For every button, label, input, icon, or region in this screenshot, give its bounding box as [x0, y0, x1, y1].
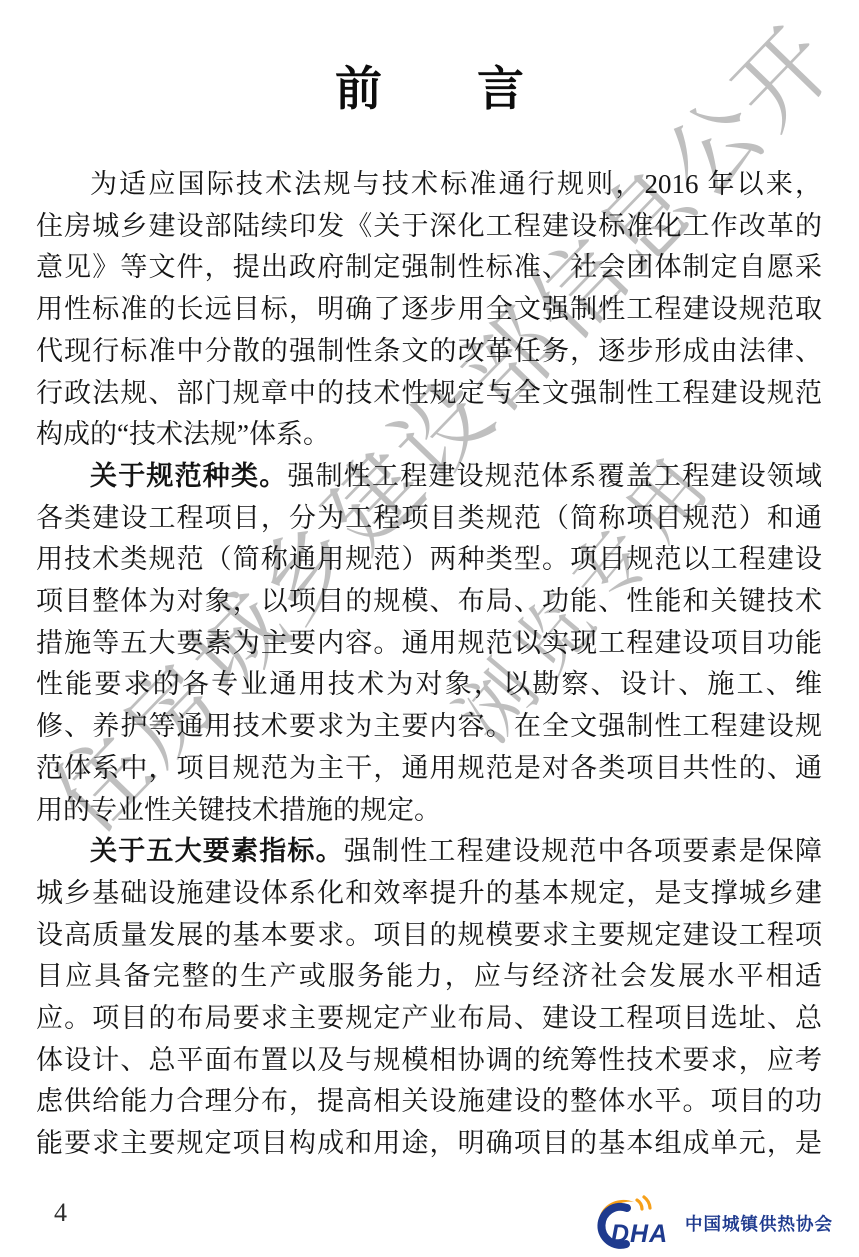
- text-segment: 范体系中，项目规范为主干，通用规范是对各类项目共性的、通: [36, 753, 822, 783]
- text-line: 项目整体为对象，以项目的规模、布局、功能、性能和关键技术: [36, 581, 822, 623]
- text-segment: 体设计、总平面布置以及与规模相协调的统筹性技术要求，应考: [36, 1045, 822, 1075]
- text-segment: 设高质量发展的基本要求。项目的规模要求主要规定建设工程项: [36, 920, 822, 950]
- text-line: 用技术类规范（简称通用规范）两种类型。项目规范以工程建设: [36, 539, 822, 581]
- text-line: 用性标准的长远目标，明确了逐步用全文强制性工程建设规范取: [36, 289, 822, 331]
- text-segment: 各类建设工程项目，分为工程项目类规范（简称项目规范）和通: [36, 503, 822, 533]
- text-segment: 构成的“技术法规”体系。: [36, 419, 330, 449]
- text-segment: 性能要求的各专业通用技术为对象，以勘察、设计、施工、维: [36, 669, 822, 699]
- text-line: 设高质量发展的基本要求。项目的规模要求主要规定建设工程项: [36, 915, 822, 957]
- text-line: 能要求主要规定项目构成和用途，明确项目的基本组成单元，是: [36, 1123, 822, 1165]
- text-line: 目应具备完整的生产或服务能力，应与经济社会发展水平相适: [36, 956, 822, 998]
- paragraph: 关于规范种类。强制性工程建设规范体系覆盖工程建设领域各类建设工程项目，分为工程项…: [36, 456, 822, 831]
- text-line: 范体系中，项目规范为主干，通用规范是对各类项目共性的、通: [36, 748, 822, 790]
- text-line: 为适应国际技术法规与技术标准通行规则，2016 年以来，: [36, 164, 822, 206]
- text-segment: 用技术类规范（简称通用规范）两种类型。项目规范以工程建设: [36, 544, 822, 574]
- text-line: 应。项目的布局要求主要规定产业布局、建设工程项目选址、总: [36, 998, 822, 1040]
- logo-org-name: 中国城镇供热协会: [685, 1211, 833, 1236]
- paragraph: 为适应国际技术法规与技术标准通行规则，2016 年以来，住房城乡建设部陆续印发《…: [36, 164, 822, 456]
- text-line: 措施等五大要素为主要内容。通用规范以实现工程建设项目功能: [36, 623, 822, 665]
- text-segment: 行政法规、部门规章中的技术性规定与全文强制性工程建设规范: [36, 378, 822, 408]
- text-segment: 城乡基础设施建设体系化和效率提升的基本规定，是支撑城乡建: [36, 878, 822, 908]
- bold-lead-in: 关于五大要素指标。: [90, 836, 344, 866]
- text-line: 行政法规、部门规章中的技术性规定与全文强制性工程建设规范: [36, 373, 822, 415]
- page-number: 4: [54, 1198, 67, 1228]
- dha-logo-icon: DHA: [587, 1195, 679, 1251]
- text-segment: 用的专业性关键技术措施的规定。: [36, 795, 441, 825]
- text-line: 虑供给能力合理分布，提高相关设施建设的整体水平。项目的功: [36, 1081, 822, 1123]
- paragraph: 关于五大要素指标。强制性工程建设规范中各项要素是保障城乡基础设施建设体系化和效率…: [36, 831, 822, 1165]
- text-line: 代现行标准中分散的强制性条文的改革任务，逐步形成由法律、: [36, 331, 822, 373]
- footer-logo: DHA 中国城镇供热协会: [587, 1194, 833, 1252]
- text-segment: 为适应国际技术法规与技术标准通行规则，2016 年以来，: [90, 169, 822, 199]
- text-segment: 强制性工程建设规范中各项要素是保障: [344, 836, 822, 866]
- text-line: 城乡基础设施建设体系化和效率提升的基本规定，是支撑城乡建: [36, 873, 822, 915]
- logo-wave-arc-1: [637, 1200, 642, 1209]
- logo-acronym: DHA: [611, 1220, 668, 1248]
- text-line: 意见》等文件，提出政府制定强制性标准、社会团体制定自愿采: [36, 247, 822, 289]
- bold-lead-in: 关于规范种类。: [90, 461, 287, 491]
- text-segment: 措施等五大要素为主要内容。通用规范以实现工程建设项目功能: [36, 628, 822, 658]
- text-line: 用的专业性关键技术措施的规定。: [36, 790, 822, 832]
- title-char-1: 前: [335, 52, 382, 119]
- text-segment: 住房城乡建设部陆续印发《关于深化工程建设标准化工作改革的: [36, 211, 822, 241]
- text-line: 修、养护等通用技术要求为主要内容。在全文强制性工程建设规: [36, 706, 822, 748]
- text-line: 关于规范种类。强制性工程建设规范体系覆盖工程建设领域: [36, 456, 822, 498]
- text-line: 各类建设工程项目，分为工程项目类规范（简称项目规范）和通: [36, 498, 822, 540]
- document-page: 住房城乡建设部信息公开 浏览专用 前 言 为适应国际技术法规与技术标准通行规则，…: [0, 0, 859, 1257]
- text-line: 构成的“技术法规”体系。: [36, 414, 822, 456]
- text-segment: 项目整体为对象，以项目的规模、布局、功能、性能和关键技术: [36, 586, 822, 616]
- text-line: 住房城乡建设部陆续印发《关于深化工程建设标准化工作改革的: [36, 206, 822, 248]
- text-segment: 能要求主要规定项目构成和用途，明确项目的基本组成单元，是: [36, 1128, 822, 1158]
- page-title: 前 言: [0, 52, 859, 119]
- text-segment: 用性标准的长远目标，明确了逐步用全文强制性工程建设规范取: [36, 294, 822, 324]
- title-char-2: 言: [477, 52, 524, 119]
- text-line: 性能要求的各专业通用技术为对象，以勘察、设计、施工、维: [36, 664, 822, 706]
- text-line: 关于五大要素指标。强制性工程建设规范中各项要素是保障: [36, 831, 822, 873]
- text-line: 体设计、总平面布置以及与规模相协调的统筹性技术要求，应考: [36, 1040, 822, 1082]
- text-segment: 强制性工程建设规范体系覆盖工程建设领域: [287, 461, 822, 491]
- text-segment: 代现行标准中分散的强制性条文的改革任务，逐步形成由法律、: [36, 336, 822, 366]
- text-segment: 意见》等文件，提出政府制定强制性标准、社会团体制定自愿采: [36, 252, 822, 282]
- text-segment: 虑供给能力合理分布，提高相关设施建设的整体水平。项目的功: [36, 1086, 822, 1116]
- logo-wave-arc-2: [644, 1197, 650, 1208]
- document-body: 为适应国际技术法规与技术标准通行规则，2016 年以来，住房城乡建设部陆续印发《…: [36, 164, 822, 1165]
- text-segment: 目应具备完整的生产或服务能力，应与经济社会发展水平相适: [36, 961, 822, 991]
- text-segment: 应。项目的布局要求主要规定产业布局、建设工程项目选址、总: [36, 1003, 822, 1033]
- text-segment: 修、养护等通用技术要求为主要内容。在全文强制性工程建设规: [36, 711, 822, 741]
